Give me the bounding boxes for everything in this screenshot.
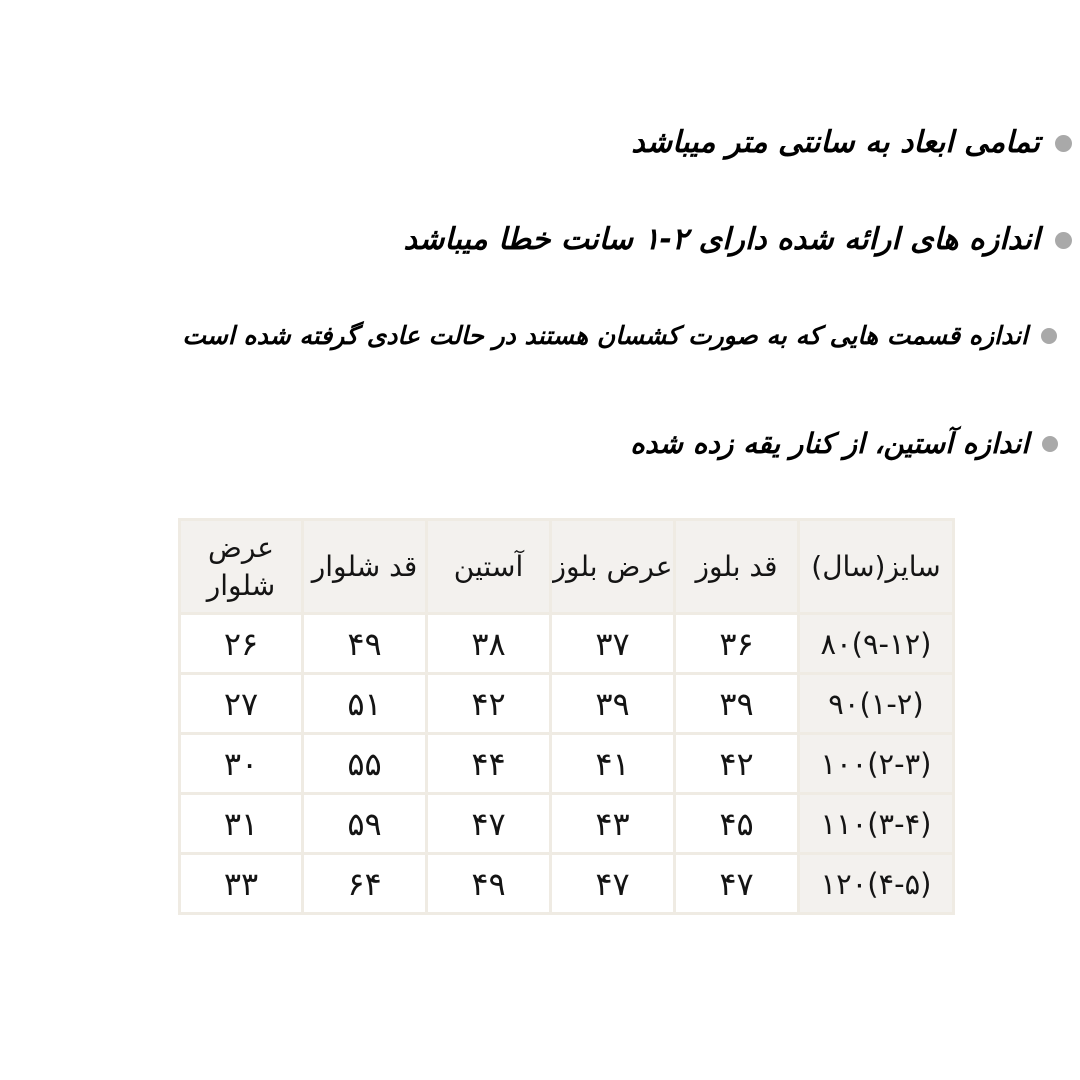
value-cell: ۳۰: [180, 734, 303, 794]
value-cell: ۳۷: [551, 614, 675, 674]
note-text: اندازه قسمت هایی که به صورت کشسان هستند …: [182, 321, 1028, 351]
size-cell: ۱۲۰(۴-۵): [799, 854, 954, 914]
table-row: ۱۰۰(۲-۳) ۴۲ ۴۱ ۴۴ ۵۵ ۳۰: [180, 734, 954, 794]
value-cell: ۳۹: [551, 674, 675, 734]
size-cell: ۱۱۰(۳-۴): [799, 794, 954, 854]
value-cell: ۵۹: [303, 794, 427, 854]
size-cell: ۱۰۰(۲-۳): [799, 734, 954, 794]
header-sleeve: آستین: [427, 520, 551, 614]
size-table: سایز(سال) قد بلوز عرض بلوز آستین قد شلوا…: [178, 518, 955, 915]
header-pants-length: قد شلوار: [303, 520, 427, 614]
bullet-icon: [1041, 328, 1057, 344]
value-cell: ۴۲: [675, 734, 799, 794]
value-cell: ۶۴: [303, 854, 427, 914]
value-cell: ۳۸: [427, 614, 551, 674]
value-cell: ۲۷: [180, 674, 303, 734]
table-row: ۹۰(۱-۲) ۳۹ ۳۹ ۴۲ ۵۱ ۲۷: [180, 674, 954, 734]
note-text: اندازه های ارائه شده دارای ۲-۱ سانت خطا …: [404, 222, 1040, 258]
value-cell: ۵۵: [303, 734, 427, 794]
value-cell: ۴۲: [427, 674, 551, 734]
header-blouse-length: قد بلوز: [675, 520, 799, 614]
value-cell: ۴۳: [551, 794, 675, 854]
header-blouse-width: عرض بلوز: [551, 520, 675, 614]
table-row: ۸۰(۹-۱۲) ۳۶ ۳۷ ۳۸ ۴۹ ۲۶: [180, 614, 954, 674]
value-cell: ۴۷: [551, 854, 675, 914]
value-cell: ۴۷: [427, 794, 551, 854]
table-row: ۱۲۰(۴-۵) ۴۷ ۴۷ ۴۹ ۶۴ ۳۳: [180, 854, 954, 914]
value-cell: ۴۴: [427, 734, 551, 794]
table-row: ۱۱۰(۳-۴) ۴۵ ۴۳ ۴۷ ۵۹ ۳۱: [180, 794, 954, 854]
size-cell: ۹۰(۱-۲): [799, 674, 954, 734]
value-cell: ۳۶: [675, 614, 799, 674]
bullet-icon: [1055, 135, 1072, 152]
size-cell: ۸۰(۹-۱۲): [799, 614, 954, 674]
note-text: اندازه آستین، از کنار یقه زده شده: [630, 427, 1029, 461]
value-cell: ۳۳: [180, 854, 303, 914]
value-cell: ۴۵: [675, 794, 799, 854]
header-pants-width: عرض شلوار: [180, 520, 303, 614]
value-cell: ۴۱: [551, 734, 675, 794]
value-cell: ۲۶: [180, 614, 303, 674]
value-cell: ۵۱: [303, 674, 427, 734]
header-size-year: سایز(سال): [799, 520, 954, 614]
value-cell: ۳۹: [675, 674, 799, 734]
bullet-icon: [1042, 436, 1058, 452]
note-text: تمامی ابعاد به سانتی متر میباشد: [631, 125, 1040, 161]
note-item: اندازه قسمت هایی که به صورت کشسان هستند …: [182, 312, 1057, 360]
value-cell: ۴۷: [675, 854, 799, 914]
bullet-icon: [1055, 232, 1072, 249]
value-cell: ۴۹: [427, 854, 551, 914]
note-item: اندازه های ارائه شده دارای ۲-۱ سانت خطا …: [404, 215, 1072, 265]
note-item: اندازه آستین، از کنار یقه زده شده: [630, 420, 1058, 468]
value-cell: ۴۹: [303, 614, 427, 674]
table-header-row: سایز(سال) قد بلوز عرض بلوز آستین قد شلوا…: [180, 520, 954, 614]
note-item: تمامی ابعاد به سانتی متر میباشد: [631, 118, 1072, 168]
size-guide-page: تمامی ابعاد به سانتی متر میباشد اندازه ه…: [0, 0, 1080, 1080]
value-cell: ۳۱: [180, 794, 303, 854]
